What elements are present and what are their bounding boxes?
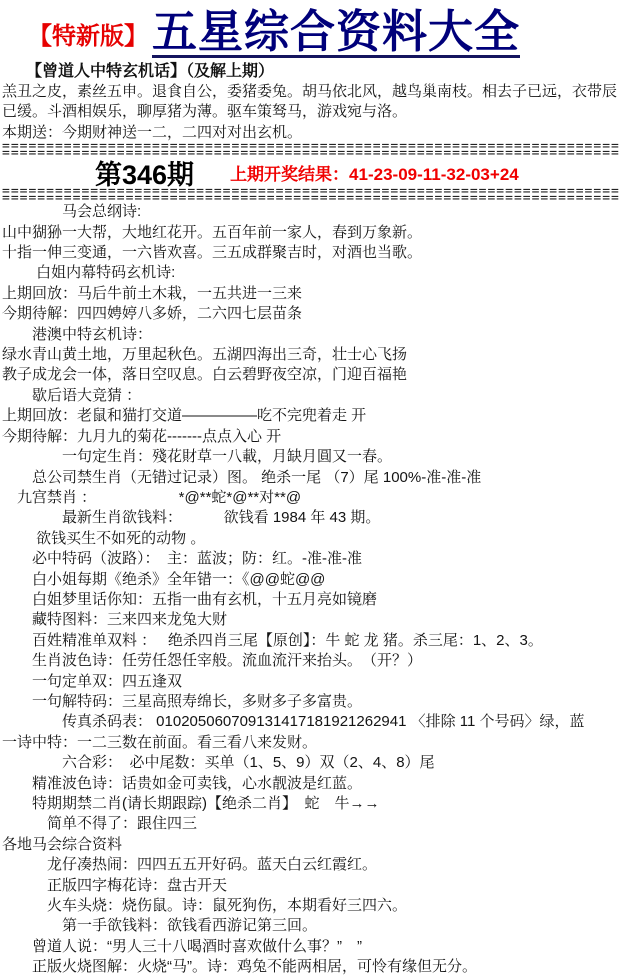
text-line: 绿水青山黄土地，万里起秋色。五湖四海出三奇，壮士心飞扬 (2, 345, 619, 365)
separator-bottom: ========================================… (2, 188, 619, 202)
text-line: 九宫禁肖 ： *@**蛇*@**对**@ (2, 488, 619, 508)
text-line: 一句定生肖：殘花財草一八載，月缺月圓又一春。 (2, 447, 619, 467)
page-header: 【特新版】 五星综合资料大全 (2, 4, 619, 62)
text-line: 必中特码（波路）： 主：蓝波；防：红。-准-准-准 (2, 549, 619, 569)
edition-tag: 【特新版】 (28, 16, 148, 51)
text-line: 简单不得了：跟住四三 (2, 814, 619, 834)
text-line: 正版四字梅花诗：盘古开天 (2, 876, 619, 896)
text-line: 港澳中特玄机诗： (2, 325, 619, 345)
text-line: 一句定单双：四五逢双 (2, 672, 619, 692)
text-line: 白小姐每期《绝杀》全年错一：《@@蛇@@ (2, 570, 619, 590)
text-line: 教子成龙会一体，落日空叹息。白云碧野夜空凉，门迎百福艳 (2, 365, 619, 385)
text-line: 今期待解：四四娉婷八多娇，二六四七层苗条 (2, 304, 619, 324)
text-line: 上期回放：马后牛前土木栽，一五共进一三来 (2, 284, 619, 304)
last-draw-result: 上期开奖结果：41-23-09-11-32-03+24 (230, 160, 519, 185)
text-line: 羔丑之皮，素丝五申。退食自公，委猪委兔。胡马依北风，越鸟巢南枝。相去子已远，衣带… (2, 82, 619, 102)
text-line: 生肖波色诗：任劳任怨任宰般。流血流汗来抬头。 （开？） (2, 651, 619, 671)
text-line: 六合彩： 必中尾数：买单（1、5、9）双（2、4、8）尾 (2, 753, 619, 773)
text-line: 白姐内幕特码玄机诗: (2, 263, 619, 283)
text-line: 精准波色诗：话贵如金可卖钱，心水靓波是红蓝。 (2, 774, 619, 794)
subtitle-line: 【曾道人中特玄机话】（及解上期） (2, 62, 619, 82)
text-line: 传真杀码表： 010205060709131417181921262941 〈排… (2, 712, 619, 732)
issue-number: 第346期 (95, 153, 194, 192)
text-line: 一句解特码：三星高照寿绵长，多财多子多富贵。 (2, 692, 619, 712)
page-title: 五星综合资料大全 (152, 9, 520, 58)
text-line: 龙仔凑热闹：四四五五开好码。蓝天白云红霞红。 (2, 855, 619, 875)
text-line: 马会总纲诗: (2, 202, 619, 222)
text-line: 藏特图料：三来四来龙兔大财 (2, 610, 619, 630)
text-line: 歇后语大竞猜 ： (2, 386, 619, 406)
text-line: 欲钱买生不如死的动物 。 (2, 529, 619, 549)
content-lines: 马会总纲诗:山中猢狲一大帮，大地红花开。五百年前一家人，春到万象新。十指一伸三变… (2, 202, 619, 977)
text-line: 本期送：今期财神送一二，二四对对出玄机。 (2, 123, 619, 143)
text-line: 白姐梦里话你知：五指一曲有玄机，十五月亮如镜磨 (2, 590, 619, 610)
text-line: 一诗中特：一二三数在前面。看三看八来发财。 (2, 733, 619, 753)
page: 【特新版】 五星综合资料大全 【曾道人中特玄机话】（及解上期） 羔丑之皮，素丝五… (0, 0, 621, 978)
text-line: 正版火烧图解：火烧“马”。诗：鸡兔不能两相居，可怜有缘但无分。 (2, 957, 619, 977)
text-line: 最新生肖欲钱料： 欲钱看 1984 年 43 期。 (2, 508, 619, 528)
text-line: 上期回放：老鼠和猫打交道—————吃不完兜着走 开 (2, 406, 619, 426)
text-line: 今期待解：九月九的菊花-------点点入心 开 (2, 427, 619, 447)
text-line: 火车头烧：烧伤鼠。诗：鼠死狗伤，本期看好三四六。 (2, 896, 619, 916)
issue-row: 第346期 上期开奖结果：41-23-09-11-32-03+24 (2, 157, 619, 188)
text-line: 曾道人说：“男人三十八喝酒时喜欢做什么事？” ” (2, 937, 619, 957)
text-line: 各地马会综合资料 (2, 835, 619, 855)
text-line: 第一手欲钱料：欲钱看西游记第三回。 (2, 916, 619, 936)
text-line: 总公司禁生肖（无错过记录）图。 绝杀一尾 （7）尾 100%-准-准-准 (2, 468, 619, 488)
text-line: 特期期禁二肖(请长期跟踪)【绝杀二肖】 蛇 牛→→ (2, 794, 619, 814)
text-line: 山中猢狲一大帮，大地红花开。五百年前一家人，春到万象新。 (2, 223, 619, 243)
text-line: 已缓。斗酒相娱乐，聊厚猪为薄。驱车策驽马，游戏宛与洛。 (2, 102, 619, 122)
text-line: 十指一伸三变通，一六皆欢喜。三五成群聚吉时，对酒也当歌。 (2, 243, 619, 263)
intro-paragraph: 羔丑之皮，素丝五申。退食自公，委猪委兔。胡马依北风，越鸟巢南枝。相去子已远，衣带… (2, 82, 619, 143)
text-line: 百姓精准单双料 ： 绝杀四肖三尾【原创】：牛 蛇 龙 猪。杀三尾：1、2、3。 (2, 631, 619, 651)
separator-row: ========================================… (2, 195, 619, 202)
